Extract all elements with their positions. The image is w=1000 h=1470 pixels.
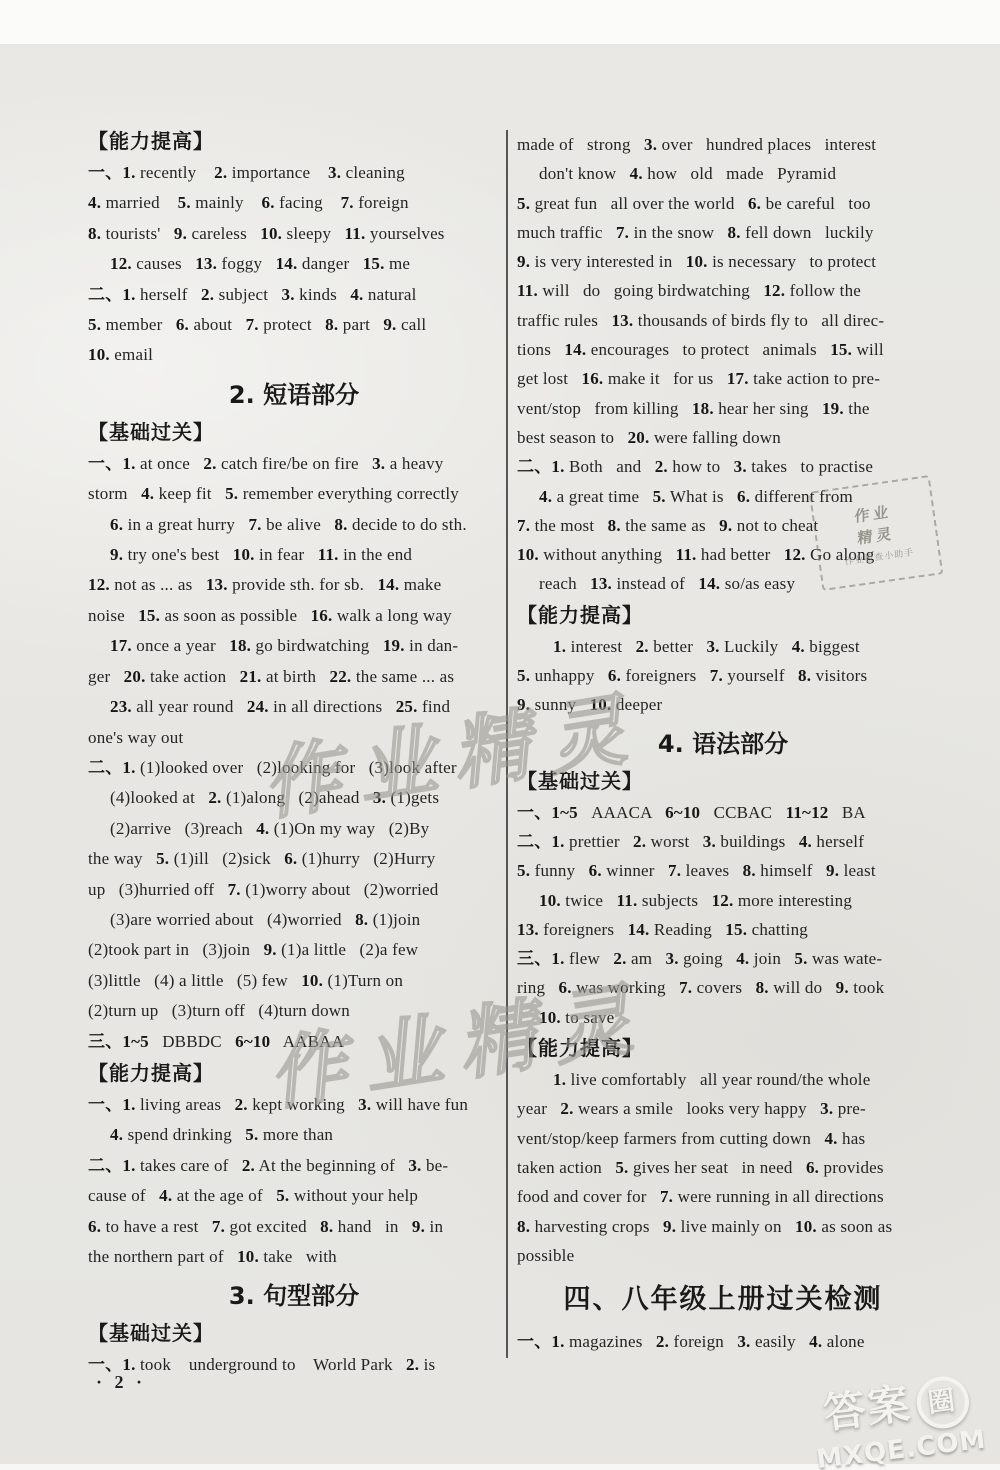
answer-line: 二、1. takes care of 2. At the beginning o… xyxy=(88,1151,500,1181)
answer-line: tions 14. encourages to protect animals … xyxy=(517,335,929,364)
answer-line: one's way out xyxy=(88,723,500,753)
answer-line: 三、1~5 DBBDC 6~10 AABAA xyxy=(88,1027,500,1057)
subsection-header: 【基础过关】 xyxy=(88,1318,500,1349)
subsection-header: 【能力提高】 xyxy=(88,1058,500,1089)
answer-circle-logo: 答案圈 MXQE.COM xyxy=(796,1368,1000,1470)
answer-line: 10. email xyxy=(88,340,500,370)
answer-line: 7. the most 8. the same as 9. not to che… xyxy=(517,511,929,540)
answer-line: 9. sunny 10. deeper xyxy=(517,690,929,719)
answer-line: 5. great fun all over the world 6. be ca… xyxy=(517,189,929,218)
logo-circle-glyph: 圈 xyxy=(913,1372,971,1430)
answer-line: 4. married 5. mainly 6. facing 7. foreig… xyxy=(88,188,500,218)
answer-line: (3)little (4) a little (5) few 10. (1)Tu… xyxy=(88,966,500,996)
answer-line: vent/stop from killing 18. hear her sing… xyxy=(517,394,929,423)
subsection-header: 【能力提高】 xyxy=(88,126,500,157)
answer-line: 5. member 6. about 7. protect 8. part 9.… xyxy=(88,310,500,340)
answer-line: 4. a great time 5. What is 6. different … xyxy=(517,482,929,511)
answer-line: storm 4. keep fit 5. remember everything… xyxy=(88,479,500,509)
answer-line: taken action 5. gives her seat in need 6… xyxy=(517,1153,929,1182)
answer-line: traffic rules 13. thousands of birds fly… xyxy=(517,306,929,335)
column-divider xyxy=(506,130,508,1358)
answer-line: 二、1. Both and 2. how to 3. takes to prac… xyxy=(517,452,929,481)
answer-line: much traffic 7. in the snow 8. fell down… xyxy=(517,218,929,247)
answer-line: (4)looked at 2. (1)along (2)ahead 3. (1)… xyxy=(88,783,500,813)
answer-line: up (3)hurried off 7. (1)worry about (2)w… xyxy=(88,875,500,905)
section-header: 3. 句型部分 xyxy=(88,1279,500,1313)
subsection-header: 【基础过关】 xyxy=(517,766,929,797)
answer-line: 1. live comfortably all year round/the w… xyxy=(517,1065,929,1094)
answer-line: (2)arrive (3)reach 4. (1)On my way (2)By xyxy=(88,814,500,844)
answer-line: 10. without anything 11. had better 12. … xyxy=(517,540,929,569)
answer-line: 二、1. herself 2. subject 3. kinds 4. natu… xyxy=(88,280,500,310)
answer-line: the way 5. (1)ill (2)sick 6. (1)hurry (2… xyxy=(88,844,500,874)
answer-line: year 2. wears a smile looks very happy 3… xyxy=(517,1094,929,1123)
answer-line: reach 13. instead of 14. so/as easy xyxy=(517,569,929,598)
answer-line: vent/stop/keep farmers from cutting down… xyxy=(517,1124,929,1153)
answer-line: 10. to save xyxy=(517,1003,929,1032)
answer-line: 5. funny 6. winner 7. leaves 8. himself … xyxy=(517,856,929,885)
answer-line: 一、1~5 AAACA 6~10 CCBAC 11~12 BA xyxy=(517,798,929,827)
chapter-header: 四、八年级上册过关检测 xyxy=(517,1280,929,1320)
answer-line: 10. twice 11. subjects 12. more interest… xyxy=(517,886,929,915)
subsection-header: 【能力提高】 xyxy=(517,600,929,631)
answer-line: don't know 4. how old made Pyramid xyxy=(517,159,929,188)
answer-line: 9. try one's best 10. in fear 11. in the… xyxy=(88,540,500,570)
answer-line: get lost 16. make it for us 17. take act… xyxy=(517,364,929,393)
answer-line: 9. is very interested in 10. is necessar… xyxy=(517,247,929,276)
section-header: 4. 语法部分 xyxy=(517,727,929,761)
answer-line: 一、1. recently 2. importance 3. cleaning xyxy=(88,158,500,188)
answer-line: 4. spend drinking 5. more than xyxy=(88,1120,500,1150)
answer-line: (2)turn up (3)turn off (4)turn down xyxy=(88,996,500,1026)
logo-title-text: 答案 xyxy=(821,1378,914,1437)
answer-line: (3)are worried about (4)worried 8. (1)jo… xyxy=(88,905,500,935)
answer-line: 12. causes 13. foggy 14. danger 15. me xyxy=(88,249,500,279)
subsection-header: 【基础过关】 xyxy=(88,417,500,448)
answer-line: 二、1. (1)looked over (2)looking for (3)lo… xyxy=(88,753,500,783)
page-number: · 2 · xyxy=(96,1372,146,1393)
answer-line: best season to 20. were falling down xyxy=(517,423,929,452)
answer-line: 一、1. magazines 2. foreign 3. easily 4. a… xyxy=(517,1327,929,1356)
answer-line: 8. harvesting crops 9. live mainly on 10… xyxy=(517,1212,929,1241)
answer-line: 8. tourists' 9. careless 10. sleepy 11. … xyxy=(88,219,500,249)
answer-line: 13. foreigners 14. Reading 15. chatting xyxy=(517,915,929,944)
subsection-header: 【能力提高】 xyxy=(517,1033,929,1064)
answer-line: (2)took part in (3)join 9. (1)a little (… xyxy=(88,935,500,965)
answer-line: ring 6. was working 7. covers 8. will do… xyxy=(517,973,929,1002)
answer-line: 5. unhappy 6. foreigners 7. yourself 8. … xyxy=(517,661,929,690)
answer-line: 17. once a year 18. go birdwatching 19. … xyxy=(88,631,500,661)
answer-line: cause of 4. at the age of 5. without you… xyxy=(88,1181,500,1211)
right-column: made of strong 3. over hundred places in… xyxy=(517,126,929,1356)
scanned-answer-page: { "page_number": "· 2 ·", "watermark_tex… xyxy=(0,0,1000,1470)
answer-line: ger 20. take action 21. at birth 22. the… xyxy=(88,662,500,692)
answer-line: 二、1. prettier 2. worst 3. buildings 4. h… xyxy=(517,827,929,856)
answer-line: possible xyxy=(517,1241,929,1270)
answer-line: made of strong 3. over hundred places in… xyxy=(517,130,929,159)
answer-line: 23. all year round 24. in all directions… xyxy=(88,692,500,722)
answer-line: 11. will do going birdwatching 12. follo… xyxy=(517,276,929,305)
answer-line: 6. in a great hurry 7. be alive 8. decid… xyxy=(88,510,500,540)
answer-line: 一、1. took underground to World Park 2. i… xyxy=(88,1350,500,1380)
answer-line: 一、1. living areas 2. kept working 3. wil… xyxy=(88,1090,500,1120)
answer-line: noise 15. as soon as possible 16. walk a… xyxy=(88,601,500,631)
answer-line: food and cover for 7. were running in al… xyxy=(517,1182,929,1211)
answer-line: 一、1. at once 2. catch fire/be on fire 3.… xyxy=(88,449,500,479)
answer-line: the northern part of 10. take with xyxy=(88,1242,500,1272)
answer-line: 12. not as ... as 13. provide sth. for s… xyxy=(88,570,500,600)
answer-line: 1. interest 2. better 3. Luckily 4. bigg… xyxy=(517,632,929,661)
answer-line: 6. to have a rest 7. got excited 8. hand… xyxy=(88,1212,500,1242)
scan-top-margin xyxy=(0,0,1000,44)
section-header: 2. 短语部分 xyxy=(88,378,500,412)
answer-line: 三、1. flew 2. am 3. going 4. join 5. was … xyxy=(517,944,929,973)
left-column: 【能力提高】一、1. recently 2. importance 3. cle… xyxy=(88,125,500,1381)
